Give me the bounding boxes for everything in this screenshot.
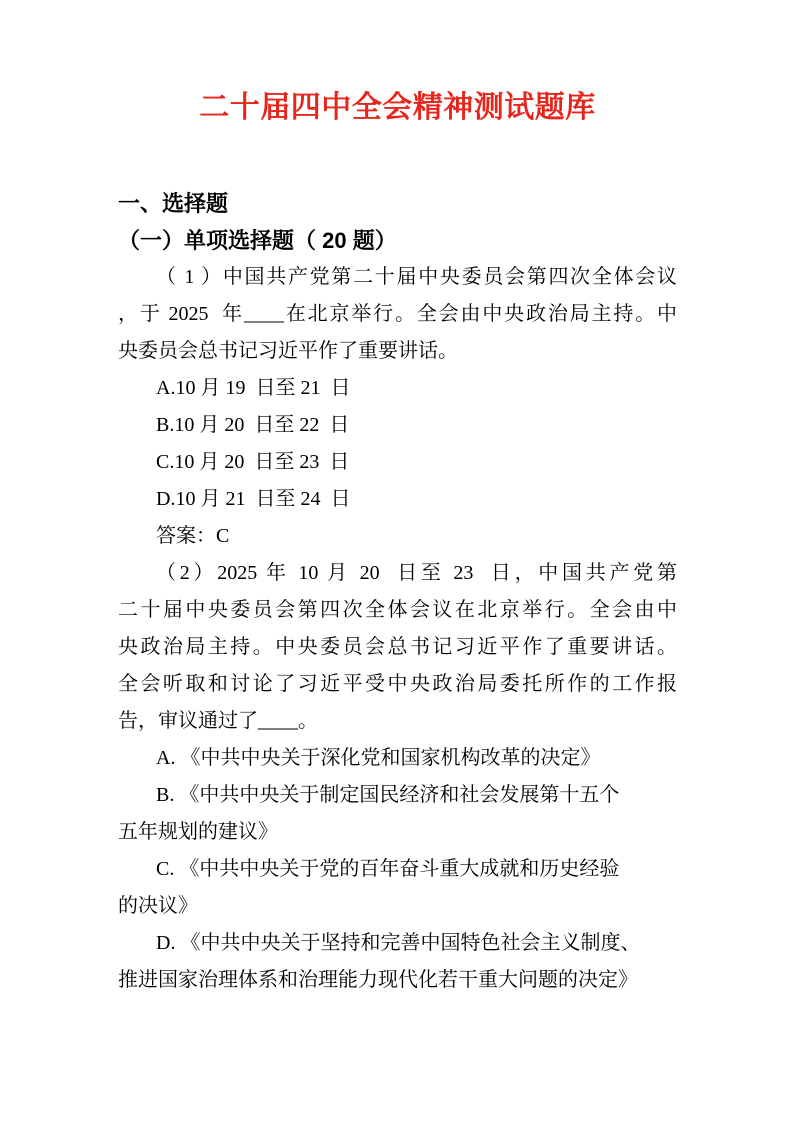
text-line: 答案：C (118, 518, 677, 555)
question-1-answer: 答案：C (118, 518, 677, 555)
text-line: ，于 2025 年____在北京举行。全会由中央政治局主持。中 (118, 296, 677, 333)
text-line: 五年规划的建议》 (118, 814, 677, 851)
text-line: A.10 月 19 日至 21 日 (118, 370, 677, 407)
question-1-option-d: D.10 月 21 日至 24 日 (118, 481, 677, 518)
text-line: D.10 月 21 日至 24 日 (118, 481, 677, 518)
question-2-option-b: B. 《中共中央关于制定国民经济和社会发展第十五个五年规划的建议》 (118, 777, 677, 851)
text-line: C.10 月 20 日至 23 日 (118, 444, 677, 481)
question-1-text: （ 1 ）中国共产党第二十届中央委员会第四次全体会议，于 2025 年____在… (118, 259, 677, 370)
question-2-option-a: A. 《中共中央关于深化党和国家机构改革的决定》 (118, 740, 677, 777)
text-line: B. 《中共中央关于制定国民经济和社会发展第十五个 (118, 777, 677, 814)
text-line: 一、选择题 (118, 185, 677, 222)
text-line: 全会听取和讨论了习近平受中央政治局委托所作的工作报 (118, 666, 677, 703)
document-page: 二十届四中全会精神测试题库 一、选择题（一）单项选择题（ 20 题）（ 1 ）中… (0, 0, 793, 1122)
section-heading: 一、选择题 (118, 185, 677, 222)
text-line: （2）2025 年 10 月 20 日至 23 日，中国共产党第 (118, 555, 677, 592)
text-line: B.10 月 20 日至 22 日 (118, 407, 677, 444)
text-line: C. 《中共中央关于党的百年奋斗重大成就和历史经验 (118, 851, 677, 888)
question-2-option-c: C. 《中共中央关于党的百年奋斗重大成就和历史经验的决议》 (118, 851, 677, 925)
text-line: 二十届中央委员会第四次全体会议在北京举行。全会由中 (118, 592, 677, 629)
document-title: 二十届四中全会精神测试题库 (118, 88, 677, 128)
document-body: 一、选择题（一）单项选择题（ 20 题）（ 1 ）中国共产党第二十届中央委员会第… (118, 185, 677, 999)
question-2-text: （2）2025 年 10 月 20 日至 23 日，中国共产党第二十届中央委员会… (118, 555, 677, 740)
text-line: 的决议》 (118, 888, 677, 925)
text-line: D. 《中共中央关于坚持和完善中国特色社会主义制度、 (118, 925, 677, 962)
question-1-option-a: A.10 月 19 日至 21 日 (118, 370, 677, 407)
text-line: 央政治局主持。中央委员会总书记习近平作了重要讲话。 (118, 629, 677, 666)
subsection-heading: （一）单项选择题（ 20 题） (118, 222, 677, 259)
text-line: A. 《中共中央关于深化党和国家机构改革的决定》 (118, 740, 677, 777)
question-2-option-d: D. 《中共中央关于坚持和完善中国特色社会主义制度、推进国家治理体系和治理能力现… (118, 925, 677, 999)
text-line: 央委员会总书记习近平作了重要讲话。 (118, 333, 677, 370)
question-1-option-c: C.10 月 20 日至 23 日 (118, 444, 677, 481)
text-line: 推进国家治理体系和治理能力现代化若干重大问题的决定》 (118, 962, 677, 999)
text-line: （一）单项选择题（ 20 题） (118, 222, 677, 259)
text-line: 告，审议通过了____。 (118, 703, 677, 740)
text-line: （ 1 ）中国共产党第二十届中央委员会第四次全体会议 (118, 259, 677, 296)
question-1-option-b: B.10 月 20 日至 22 日 (118, 407, 677, 444)
